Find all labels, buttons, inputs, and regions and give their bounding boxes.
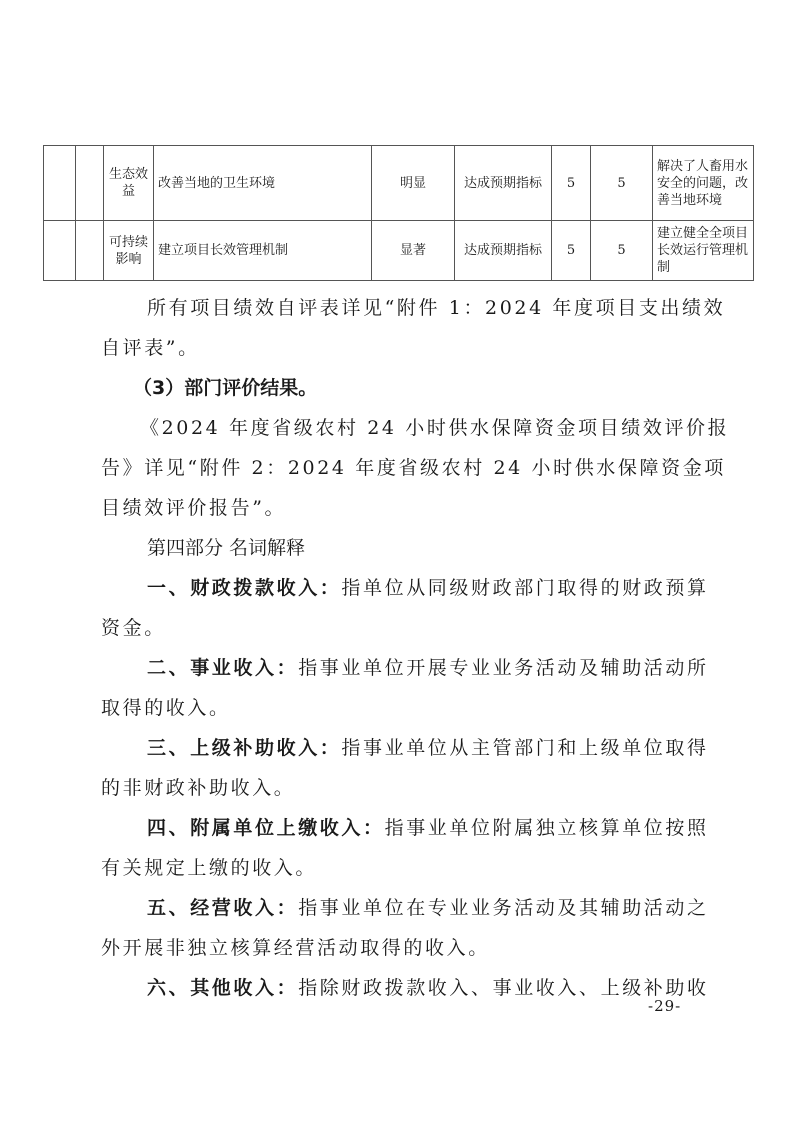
term-definition: 四、附属单位上缴收入：指事业单位附属独立核算单位按照	[147, 818, 747, 838]
content-cell: 改善当地的卫生环境	[154, 146, 372, 221]
paragraph-line: 有关规定上缴的收入。	[101, 858, 701, 878]
paragraph-line: 外开展非独立核算经营活动取得的收入。	[101, 938, 701, 958]
term-text: 指除财政拨款收入、事业收入、上级补助收	[298, 977, 708, 999]
table-cell-empty	[76, 221, 104, 281]
term-text: 指事业单位从主管部门和上级单位取得	[341, 737, 708, 759]
actual-cell: 达成预期指标	[455, 146, 552, 221]
term-label: 四、附属单位上缴收入：	[147, 817, 385, 839]
table-cell-empty	[76, 146, 104, 221]
paragraph-line: 《2024 年度省级农村 24 小时供水保障资金项目绩效评价报	[140, 418, 740, 438]
term-definition: 六、其他收入：指除财政拨款收入、事业收入、上级补助收	[147, 978, 747, 998]
section-heading: （3）部门评价结果。	[133, 378, 733, 398]
indicator-cell: 可持续影响	[104, 221, 154, 281]
actual-cell: 达成预期指标	[455, 221, 552, 281]
term-label: 六、其他收入：	[147, 977, 298, 999]
paragraph-line: 资金。	[101, 618, 701, 638]
paragraph-line: 所有项目绩效自评表详见“附件 1：2024 年度项目支出绩效	[147, 298, 747, 318]
target-cell: 明显	[372, 146, 455, 221]
content-cell: 建立项目长效管理机制	[154, 221, 372, 281]
term-label: 二、事业收入：	[147, 657, 298, 679]
table-cell-empty	[44, 146, 76, 221]
paragraph-line: 目绩效评价报告”。	[101, 498, 701, 518]
note-cell: 解决了人畜用水安全的问题，改善当地环境	[653, 146, 754, 221]
score-cell: 5	[591, 221, 653, 281]
weight-cell: 5	[552, 146, 591, 221]
indicator-cell: 生态效益	[104, 146, 154, 221]
term-label: 五、经营收入：	[147, 897, 298, 919]
target-cell: 显著	[372, 221, 455, 281]
table-row: 生态效益 改善当地的卫生环境 明显 达成预期指标 5 5 解决了人畜用水安全的问…	[44, 146, 754, 221]
term-text: 指事业单位在专业业务活动及其辅助活动之	[298, 897, 708, 919]
paragraph-line: 的非财政补助收入。	[101, 778, 701, 798]
paragraph-line: 告》详见“附件 2：2024 年度省级农村 24 小时供水保障资金项	[101, 458, 701, 478]
term-definition: 五、经营收入：指事业单位在专业业务活动及其辅助活动之	[147, 898, 747, 918]
table-row: 可持续影响 建立项目长效管理机制 显著 达成预期指标 5 5 建立健全全项目长效…	[44, 221, 754, 281]
part-heading: 第四部分 名词解释	[147, 538, 747, 558]
score-cell: 5	[591, 146, 653, 221]
term-text: 指单位从同级财政部门取得的财政预算	[341, 577, 708, 599]
table-cell-empty	[44, 221, 76, 281]
term-definition: 二、事业收入：指事业单位开展专业业务活动及辅助活动所	[147, 658, 747, 678]
term-text: 指事业单位开展专业业务活动及辅助活动所	[298, 657, 708, 679]
term-label: 三、上级补助收入：	[147, 737, 341, 759]
term-definition: 一、财政拨款收入：指单位从同级财政部门取得的财政预算	[147, 578, 747, 598]
term-text: 指事业单位附属独立核算单位按照	[385, 817, 709, 839]
page-number: -29-	[648, 997, 681, 1015]
term-definition: 三、上级补助收入：指事业单位从主管部门和上级单位取得	[147, 738, 747, 758]
performance-table: 生态效益 改善当地的卫生环境 明显 达成预期指标 5 5 解决了人畜用水安全的问…	[43, 145, 754, 281]
note-cell: 建立健全全项目长效运行管理机制	[653, 221, 754, 281]
term-label: 一、财政拨款收入：	[147, 577, 341, 599]
paragraph-line: 自评表”。	[101, 338, 701, 358]
weight-cell: 5	[552, 221, 591, 281]
paragraph-line: 取得的收入。	[101, 698, 701, 718]
